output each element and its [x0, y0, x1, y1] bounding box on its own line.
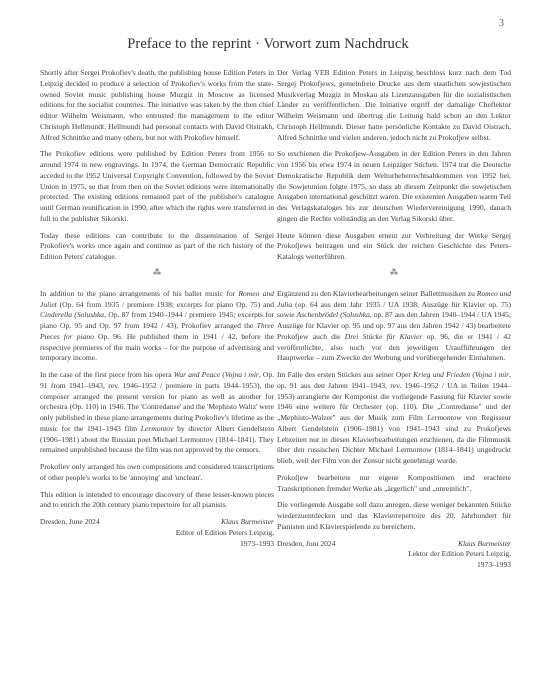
- page-title: Preface to the reprint · Vorwort zum Nac…: [0, 36, 536, 53]
- asterism-divider: ⁂: [40, 269, 274, 283]
- signature-years: 1973–1993: [40, 539, 274, 550]
- german-column: Der Verlag VEB Edition Peters in Leipzig…: [277, 68, 511, 571]
- paragraph: Ergänzend zu den Klavierbearbeitungen se…: [277, 289, 511, 364]
- paragraph: This edition is intended to encourage di…: [40, 490, 274, 512]
- signature-name: Klaus Burmeister: [458, 539, 511, 550]
- signature-years: 1973–1993: [277, 560, 511, 571]
- signature-name: Klaus Burmeister: [221, 517, 274, 528]
- asterism-divider: ⁂: [277, 269, 511, 283]
- paragraph: In addition to the piano arrangements of…: [40, 289, 274, 364]
- page-number: 3: [499, 18, 504, 29]
- paragraph: Prokofiev only arranged his own composit…: [40, 462, 274, 484]
- english-column: Shortly after Sergei Prokofiev's death, …: [40, 68, 274, 549]
- signature-role: Editor of Edition Peters Leipzig,: [40, 528, 274, 539]
- paragraph: So erschienen die Prokofjew-Ausgaben in …: [277, 149, 511, 224]
- paragraph: Heute können diese Ausgaben erneut zur V…: [277, 231, 511, 263]
- paragraph: Shortly after Sergei Prokofiev's death, …: [40, 68, 274, 143]
- signature-role: Lektor der Edition Peters Leipzig,: [277, 549, 511, 560]
- signature-row: Dresden, June 2024 Klaus Burmeister: [40, 517, 274, 528]
- paragraph: Im Falle des ersten Stückes aus seiner O…: [277, 370, 511, 467]
- place-date: Dresden, June 2024: [40, 517, 100, 528]
- signature-row: Dresden, Juni 2024 Klaus Burmeister: [277, 539, 511, 550]
- paragraph: In the case of the first piece from his …: [40, 370, 274, 456]
- place-date: Dresden, Juni 2024: [277, 539, 335, 550]
- paragraph: Der Verlag VEB Edition Peters in Leipzig…: [277, 68, 511, 143]
- paragraph: The Prokofiev editions were published by…: [40, 149, 274, 224]
- paragraph: Prokofjew bearbeitete nur eigene Komposi…: [277, 473, 511, 495]
- paragraph: Today these editions can contribute to t…: [40, 231, 274, 263]
- paragraph: Die vorliegende Ausgabe soll dazu anrege…: [277, 500, 511, 532]
